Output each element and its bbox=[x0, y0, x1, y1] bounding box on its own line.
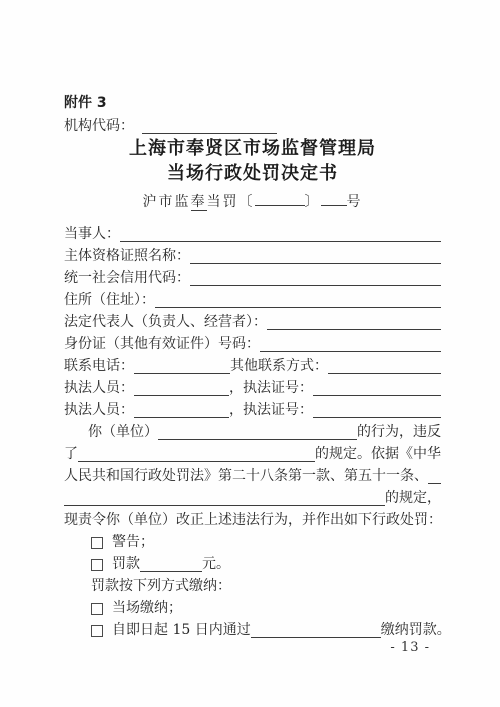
credit-code-blank bbox=[190, 272, 441, 286]
within15-channel-blank bbox=[251, 624, 381, 638]
doc-number-bracket-open: 〔 bbox=[239, 194, 255, 210]
other-contact-blank bbox=[328, 360, 441, 374]
address-row: 住所（住址）： bbox=[64, 288, 441, 310]
doc-number-prefix: 沪市监 bbox=[143, 194, 191, 210]
contact-row: 联系电话： 其他联系方式： bbox=[64, 354, 441, 376]
doc-number-bracket-close: 〕 bbox=[305, 194, 321, 210]
officer1-cert-blank bbox=[313, 382, 441, 396]
violation-line3: 人民共和国行政处罚法》第二十八条第一款、第五十一条、 bbox=[64, 464, 441, 486]
violation-line3-text: 人民共和国行政处罚法》第二十八条第一款、第五十一条、 bbox=[64, 466, 428, 486]
violation-line2-pre: 了 bbox=[64, 444, 78, 464]
officer2-row: 执法人员： ，执法证号： bbox=[64, 398, 441, 420]
officer2-name-blank bbox=[134, 404, 229, 418]
address-blank bbox=[155, 294, 441, 308]
org-code-row: 机构代码： bbox=[64, 114, 441, 136]
violation-line1-pre: 你（单位） bbox=[88, 422, 158, 442]
violation-line2-post: 的规定。依据《中华 bbox=[315, 444, 441, 464]
credit-code-row: 统一社会信用代码： bbox=[64, 266, 441, 288]
legal-rep-label: 法定代表人（负责人、经营者）： bbox=[64, 312, 267, 332]
onsite-checkbox-icon[interactable] bbox=[91, 603, 103, 615]
phone-blank bbox=[134, 360, 230, 374]
officer2-cert-blank bbox=[313, 404, 441, 418]
violation-line2: 了 的规定。依据《中华 bbox=[64, 442, 441, 464]
fine-amount-blank bbox=[140, 558, 202, 572]
officer1-row: 执法人员： ，执法证号： bbox=[64, 376, 441, 398]
penalty-option-warning: 警告； bbox=[64, 530, 441, 552]
id-number-blank bbox=[260, 338, 441, 352]
license-blank bbox=[190, 250, 441, 264]
within15-label-pre: 自即日起 15 日内通过 bbox=[112, 620, 251, 640]
license-row: 主体资格证照名称： bbox=[64, 244, 441, 266]
payment-option-onsite: 当场缴纳； bbox=[64, 596, 441, 618]
party-label: 当事人： bbox=[64, 224, 120, 244]
officer2-cert-label: ，执法证号： bbox=[229, 400, 313, 420]
legal-rep-blank bbox=[267, 316, 441, 330]
credit-code-label: 统一社会信用代码： bbox=[64, 268, 190, 288]
other-contact-label: 其他联系方式： bbox=[230, 356, 328, 376]
warning-checkbox-icon[interactable] bbox=[91, 537, 103, 549]
violation-article-blank-start bbox=[428, 470, 441, 484]
document-title-line2: 当场行政处罚决定书 bbox=[64, 161, 441, 186]
officer1-name-blank bbox=[134, 382, 229, 396]
officer2-label: 执法人员： bbox=[64, 400, 134, 420]
doc-number-line: 沪市监奉当罚〔〕号 bbox=[64, 192, 441, 212]
party-blank bbox=[120, 228, 441, 242]
id-number-row: 身份证（其他有效证件）号码： bbox=[64, 332, 441, 354]
org-code-label: 机构代码： bbox=[64, 116, 134, 136]
penalty-options: 警告； 罚款 元。 罚款按下列方式缴纳： 当场缴纳； 自即日起 15 日内通过 … bbox=[64, 530, 441, 640]
payment-heading-label: 罚款按下列方式缴纳： bbox=[91, 576, 231, 596]
doc-number-district: 奉 bbox=[191, 194, 207, 211]
violation-paragraph: 你（单位） 的行为，违反 了 的规定。依据《中华 人民共和国行政处罚法》第二十八… bbox=[64, 420, 441, 530]
doc-number-year-blank bbox=[255, 194, 305, 206]
party-info-form: 当事人： 主体资格证照名称： 统一社会信用代码： 住所（住址）： 法定代表人（负… bbox=[64, 222, 441, 420]
officer1-cert-label: ，执法证号： bbox=[229, 378, 313, 398]
doc-number-type: 当罚 bbox=[207, 194, 239, 210]
penalty-intro-text: 现责令你（单位）改正上述违法行为，并作出如下行政处罚： bbox=[64, 510, 442, 530]
violation-regulation-blank bbox=[78, 448, 315, 462]
payment-option-within15days: 自即日起 15 日内通过 缴纳罚款。 bbox=[64, 618, 441, 640]
violation-behavior-blank bbox=[158, 426, 357, 440]
violation-line4: 的规定， bbox=[64, 486, 441, 508]
id-number-label: 身份证（其他有效证件）号码： bbox=[64, 334, 260, 354]
officer1-label: 执法人员： bbox=[64, 378, 134, 398]
page-number: - 13 - bbox=[390, 640, 430, 655]
onsite-label: 当场缴纳； bbox=[112, 598, 182, 618]
org-code-blank bbox=[142, 120, 277, 134]
license-label: 主体资格证照名称： bbox=[64, 246, 190, 266]
document-content: 附件 3 机构代码： 上海市奉贤区市场监督管理局 当场行政处罚决定书 沪市监奉当… bbox=[64, 92, 441, 640]
within15-checkbox-icon[interactable] bbox=[91, 625, 103, 637]
fine-label-post: 元。 bbox=[202, 554, 230, 574]
penalty-option-fine: 罚款 元。 bbox=[64, 552, 441, 574]
fine-checkbox-icon[interactable] bbox=[91, 559, 103, 571]
violation-line1-post: 的行为，违反 bbox=[357, 422, 441, 442]
party-row: 当事人： bbox=[64, 222, 441, 244]
address-label: 住所（住址）： bbox=[64, 290, 155, 310]
legal-rep-row: 法定代表人（负责人、经营者）： bbox=[64, 310, 441, 332]
violation-line5: 现责令你（单位）改正上述违法行为，并作出如下行政处罚： bbox=[64, 508, 441, 530]
attachment-label: 附件 3 bbox=[64, 92, 441, 114]
doc-number-serial-blank bbox=[321, 194, 347, 206]
violation-line4-post: 的规定， bbox=[385, 488, 441, 508]
violation-line1: 你（单位） 的行为，违反 bbox=[64, 420, 441, 442]
payment-method-heading: 罚款按下列方式缴纳： bbox=[64, 574, 441, 596]
doc-number-suffix: 号 bbox=[347, 194, 363, 210]
document-title-line1: 上海市奉贤区市场监督管理局 bbox=[64, 136, 441, 161]
warning-label: 警告； bbox=[112, 532, 154, 552]
fine-label-pre: 罚款 bbox=[112, 554, 140, 574]
within15-label-post: 缴纳罚款。 bbox=[381, 620, 451, 640]
phone-label: 联系电话： bbox=[64, 356, 134, 376]
violation-article-blank-end bbox=[64, 492, 385, 506]
document-page: 附件 3 机构代码： 上海市奉贤区市场监督管理局 当场行政处罚决定书 沪市监奉当… bbox=[0, 0, 500, 707]
